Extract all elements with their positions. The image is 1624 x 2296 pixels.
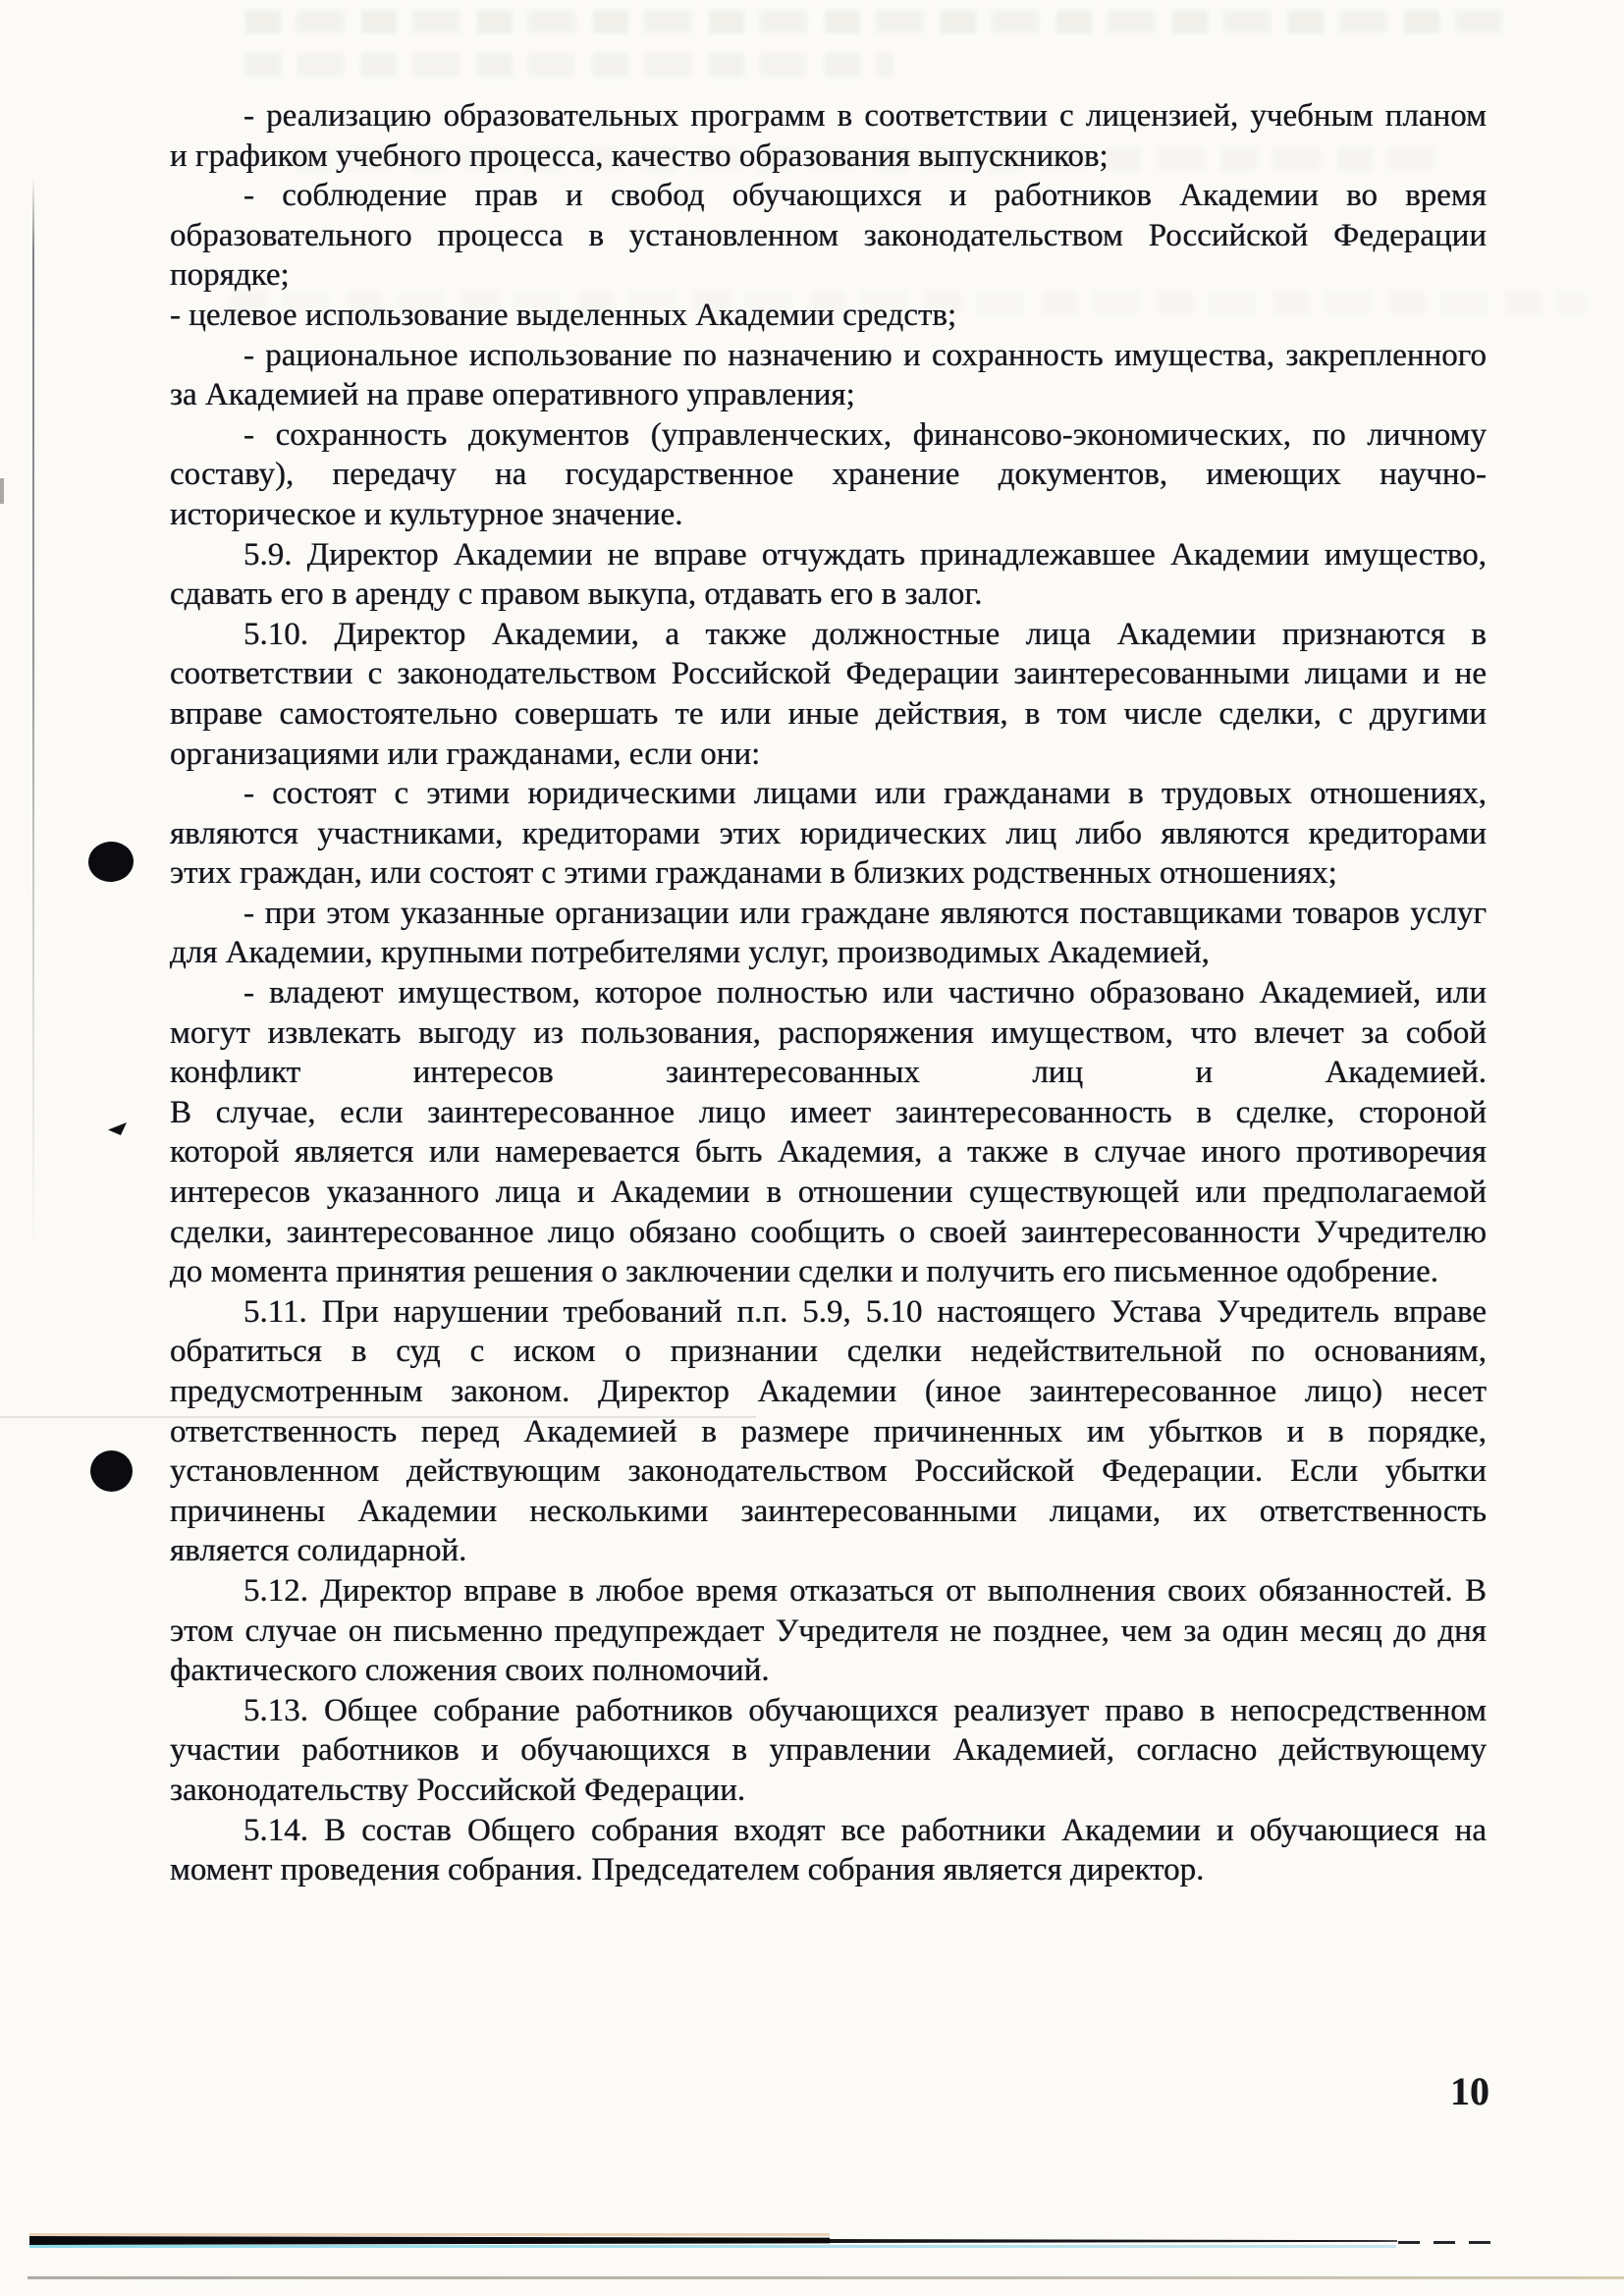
text-line: образовательного процесса в установленно… [170,216,1487,256]
hole-punch-mark [90,1450,133,1492]
text-line: В случае, если заинтересованное лицо име… [170,1093,1487,1133]
ink-speck-artifact [108,1122,127,1135]
text-line: составу), передачу на государственное хр… [170,455,1487,495]
text-line: - реализацию образовательных программ в … [170,96,1487,137]
text-line: - сохранность документов (управленческих… [170,415,1487,456]
text-line: могут извлекать выгоду из пользования, р… [170,1013,1487,1054]
text-line: сдавать его в аренду с правом выкупа, от… [170,574,1487,615]
text-line: установленном действующим законодательст… [170,1451,1487,1492]
scan-edge-fringe-artifact [29,2245,1396,2248]
scan-edge-fringe-artifact [29,2233,830,2236]
text-line: 5.10. Директор Академии, а также должнос… [170,615,1487,655]
text-line: причинены Академии несколькими заинтерес… [170,1492,1487,1532]
text-line: для Академии, крупными потребителями усл… [170,933,1487,973]
hole-punch-mark [87,840,135,883]
text-line: - при этом указанные организации или гра… [170,894,1487,934]
text-line: - владеют имуществом, которое полностью … [170,973,1487,1013]
scan-streak-artifact [32,177,34,1257]
text-line: этом случае он письменно предупреждает У… [170,1612,1487,1652]
text-line: порядке; [170,255,1487,296]
text-line: - рациональное использование по назначен… [170,336,1487,376]
text-line: предусмотренным законом. Директор Академ… [170,1372,1487,1412]
text-line: - соблюдение прав и свобод обучающихся и… [170,176,1487,216]
text-line: ответственность перед Академией в размер… [170,1412,1487,1452]
text-line: соответствии с законодательством Российс… [170,654,1487,694]
text-line: участии работников и обучающихся в управ… [170,1730,1487,1771]
edge-mark-artifact [0,478,4,504]
text-line: законодательству Российской Федерации. [170,1771,1487,1811]
scan-edge-dashes-artifact [1398,2241,1492,2244]
bleed-through-artifact [245,53,893,77]
scan-edge-bar-artifact [29,2236,830,2245]
text-line: момент проведения собрания. Председателе… [170,1850,1487,1890]
text-line: конфликт интересов заинтересованных лиц … [170,1053,1487,1093]
text-line: 5.9. Директор Академии не вправе отчужда… [170,535,1487,575]
text-line: является солидарной. [170,1531,1487,1571]
bleed-through-artifact [245,10,1512,33]
text-line: 5.14. В состав Общего собрания входят вс… [170,1811,1487,1851]
text-line: вправе самостоятельно совершать те или и… [170,694,1487,735]
document-text-block: - реализацию образовательных программ в … [170,96,1487,1890]
scan-edge-line-artifact [27,2276,1624,2279]
text-line: 5.11. При нарушении требований п.п. 5.9,… [170,1292,1487,1333]
text-line: обратиться в суд с иском о признании сде… [170,1332,1487,1372]
text-line: за Академией на праве оперативного управ… [170,375,1487,415]
text-line: фактического сложения своих полномочий. [170,1651,1487,1691]
text-line: и графиком учебного процесса, качество о… [170,137,1487,177]
text-line: - состоят с этими юридическими лицами ил… [170,774,1487,814]
text-line: 5.13. Общее собрание работников обучающи… [170,1691,1487,1731]
scanned-document-page: - реализацию образовательных программ в … [0,0,1624,2296]
text-line: историческое и культурное значение. [170,495,1487,535]
scan-edge-bar-artifact [830,2239,1397,2243]
text-line: сделки, заинтересованное лицо обязано со… [170,1213,1487,1253]
text-line: 5.12. Директор вправе в любое время отка… [170,1571,1487,1612]
text-line: - целевое использование выделенных Акаде… [170,296,1487,336]
text-line: являются участниками, кредиторами этих ю… [170,814,1487,854]
text-line: которой является или намеревается быть А… [170,1132,1487,1173]
text-line: организациями или гражданами, если они: [170,735,1487,775]
text-line: до момента принятия решения о заключении… [170,1252,1487,1292]
text-line: этих граждан, или состоят с этими гражда… [170,853,1487,894]
page-number: 10 [1450,2070,1509,2113]
text-line: интересов указанного лица и Академии в о… [170,1173,1487,1213]
